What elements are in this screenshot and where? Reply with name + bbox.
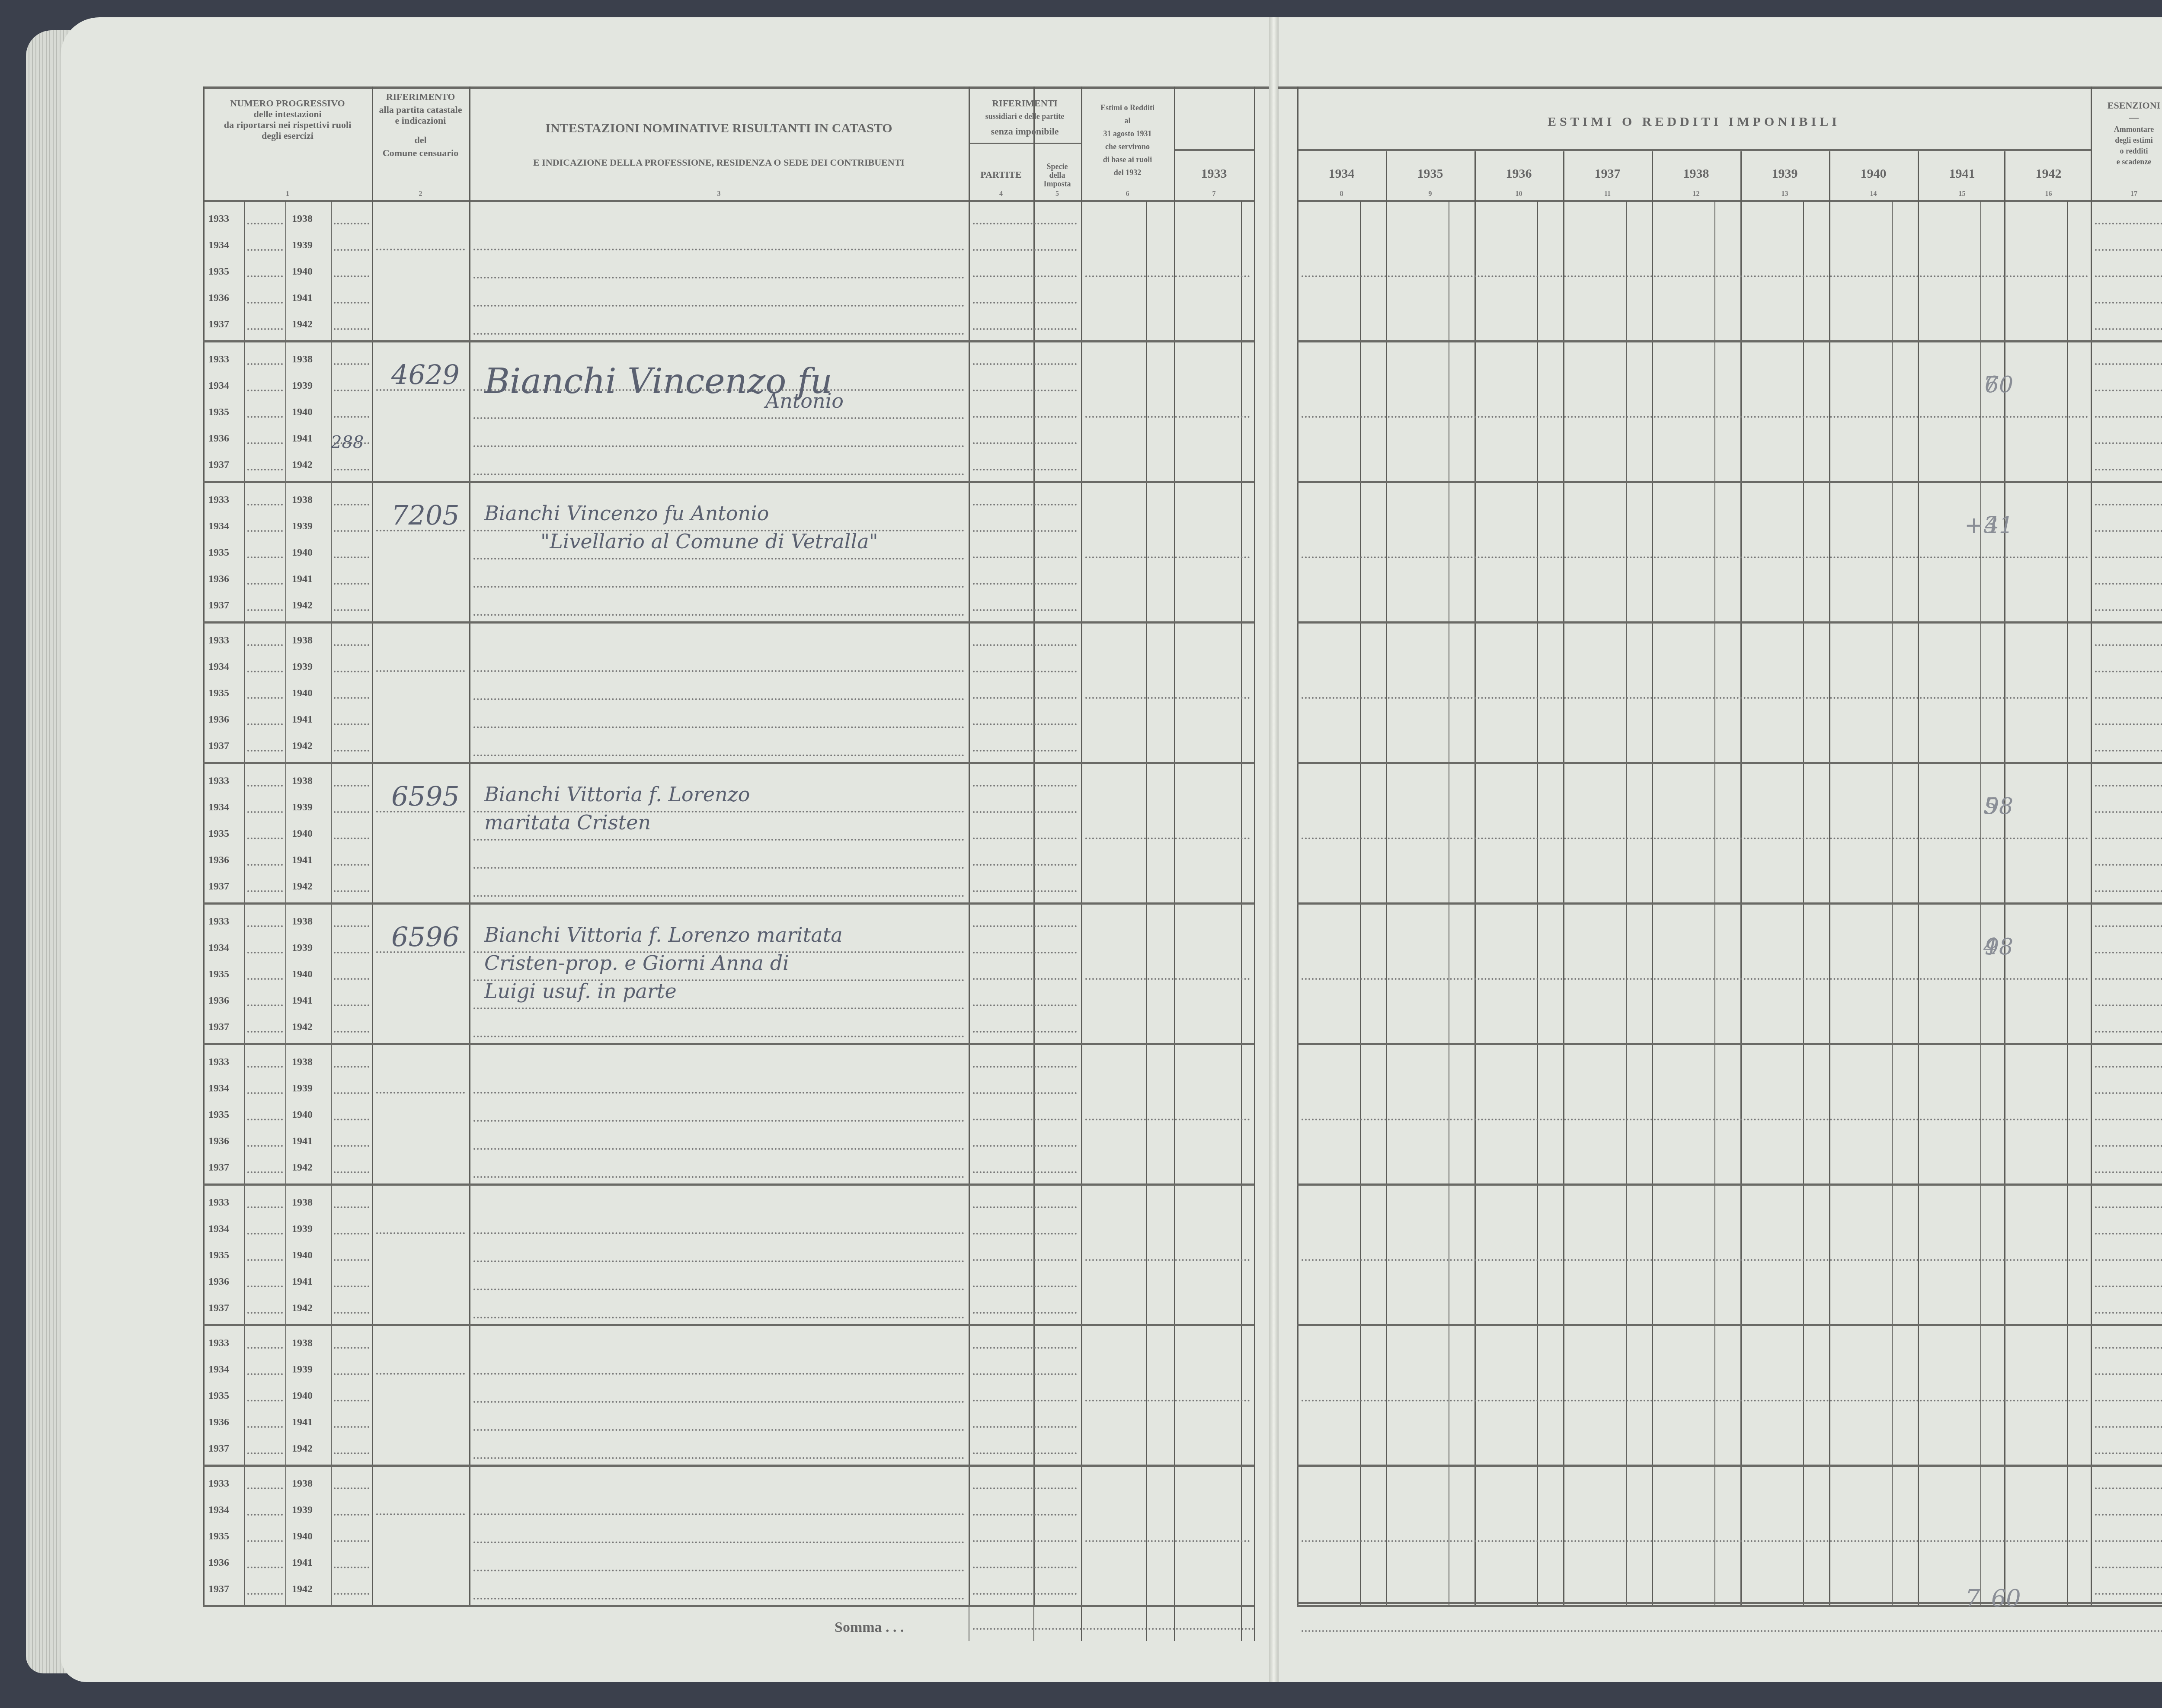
left-col-rule bbox=[203, 86, 205, 1606]
dotted-rule bbox=[247, 363, 283, 365]
dotted-rule bbox=[2095, 504, 2162, 505]
dotted-rule bbox=[973, 1206, 1077, 1208]
dotted-rule bbox=[247, 1171, 283, 1173]
col6-label-2: 31 agosto 1931 bbox=[1081, 128, 1174, 140]
dotted-rule bbox=[247, 785, 283, 787]
year-label: 1939 bbox=[292, 942, 313, 954]
name-dotted-rule bbox=[473, 1317, 964, 1318]
dotted-rule bbox=[247, 1426, 283, 1428]
year-label: 1941 bbox=[292, 854, 313, 866]
col1-sub-2: degli esercizi bbox=[203, 130, 372, 142]
dotted-rule bbox=[247, 1119, 283, 1120]
year-label: 1941 bbox=[292, 1557, 313, 1569]
year-label: 1935 bbox=[208, 1531, 229, 1542]
estimo-1941-cent: 60 bbox=[1985, 372, 2013, 398]
col17-sub-3: o redditi bbox=[2091, 145, 2162, 157]
dotted-rule bbox=[2095, 1259, 2162, 1261]
dotted-rule bbox=[247, 609, 283, 611]
left-page bbox=[61, 17, 1276, 1682]
year-col-num: 14 bbox=[1829, 190, 1918, 198]
col6-label-1: al bbox=[1081, 115, 1174, 127]
dotted-rule bbox=[334, 504, 369, 505]
name-dotted-rule bbox=[473, 726, 964, 728]
col7-divider bbox=[1174, 149, 1254, 151]
dotted-rule bbox=[334, 275, 369, 277]
year-label: 1938 bbox=[292, 1056, 313, 1068]
dotted-rule bbox=[247, 1373, 283, 1375]
year-label: 1942 bbox=[292, 1021, 313, 1033]
dotted-rule bbox=[334, 1373, 369, 1375]
year-label: 1942 bbox=[292, 459, 313, 471]
dotted-rule bbox=[247, 925, 283, 927]
dotted-rule bbox=[2095, 785, 2162, 787]
col45-sub-1: senza imponibile bbox=[969, 125, 1081, 138]
year-label: 1939 bbox=[292, 380, 313, 392]
dotted-rule bbox=[334, 1066, 369, 1068]
name-dotted-rule bbox=[473, 1092, 964, 1094]
partita-number: 6596 bbox=[391, 921, 460, 953]
year-label: 1934 bbox=[208, 1223, 229, 1235]
dotted-rule bbox=[973, 1373, 1077, 1375]
dotted-rule bbox=[247, 530, 283, 532]
dotted-rule bbox=[247, 1540, 283, 1542]
dotted-rule bbox=[973, 671, 1077, 672]
year-label: 1939 bbox=[292, 1083, 313, 1094]
dotted-rule bbox=[334, 1171, 369, 1173]
year-label: 1937 bbox=[208, 740, 229, 752]
dotted-rule bbox=[334, 557, 369, 558]
dotted-rule bbox=[2095, 1066, 2162, 1068]
somma-col-rule bbox=[1146, 1606, 1147, 1641]
dotted-rule bbox=[247, 1514, 283, 1516]
dotted-rule bbox=[2095, 1233, 2162, 1235]
name-dotted-rule bbox=[473, 1542, 964, 1543]
year-label: 1940 bbox=[292, 688, 313, 699]
dotted-rule bbox=[2095, 838, 2162, 839]
dotted-rule bbox=[973, 1514, 1077, 1516]
right-block-separator bbox=[1297, 1465, 2162, 1467]
year-label: 1936 bbox=[208, 573, 229, 585]
dotted-rule bbox=[247, 1487, 283, 1489]
year-label: 1935 bbox=[208, 688, 229, 699]
name-dotted-rule bbox=[473, 1120, 964, 1122]
dotted-rule bbox=[2095, 1540, 2162, 1542]
dotted-rule bbox=[973, 1452, 1077, 1454]
name-dotted-rule bbox=[473, 1598, 964, 1599]
year-label: 1936 bbox=[208, 433, 229, 445]
dotted-rule bbox=[247, 328, 283, 330]
contributor-name-line: Bianchi Vincenzo fu Antonio bbox=[484, 502, 769, 525]
year-label: 1936 bbox=[208, 292, 229, 304]
year-label: 1934 bbox=[208, 521, 229, 532]
dotted-rule bbox=[2095, 1119, 2162, 1120]
year-label: 1935 bbox=[208, 266, 229, 278]
year-label: 1933 bbox=[208, 635, 229, 646]
dotted-rule bbox=[2095, 1426, 2162, 1428]
year-label: 1933 bbox=[208, 1197, 229, 1209]
dotted-rule bbox=[334, 223, 369, 224]
dotted-rule bbox=[334, 1004, 369, 1006]
year-col-num: 10 bbox=[1474, 190, 1563, 198]
dotted-rule bbox=[247, 697, 283, 699]
somma-col-rule bbox=[1254, 1606, 1255, 1641]
dotted-rule bbox=[973, 504, 1077, 505]
dotted-rule bbox=[247, 275, 283, 277]
year-label: 1933 bbox=[208, 354, 229, 365]
year-label: 1939 bbox=[292, 1223, 313, 1235]
col1-num: 1 bbox=[203, 190, 372, 198]
dotted-rule bbox=[973, 469, 1077, 470]
dotted-rule bbox=[973, 785, 1077, 787]
partita-number: 4629 bbox=[391, 359, 460, 390]
year-label: 1933 bbox=[208, 213, 229, 225]
year-label: 1937 bbox=[208, 1162, 229, 1174]
name-dotted-rule bbox=[473, 1008, 964, 1009]
somma-col-rule bbox=[1174, 1606, 1175, 1641]
name-dotted-rule bbox=[473, 305, 964, 307]
year-header-1940: 1940 bbox=[1829, 166, 1918, 181]
partita-number: 6595 bbox=[391, 780, 460, 812]
year-label: 1938 bbox=[292, 775, 313, 787]
dotted-rule bbox=[973, 1540, 1077, 1542]
col7-year: 1933 bbox=[1174, 166, 1254, 181]
dotted-rule bbox=[973, 249, 1077, 251]
dotted-rule bbox=[334, 1119, 369, 1120]
year-label: 1936 bbox=[208, 1557, 229, 1569]
dotted-rule bbox=[247, 583, 283, 585]
somma-dotted-rule bbox=[973, 1628, 1254, 1630]
left-col-rule bbox=[969, 86, 970, 1606]
right-block-separator bbox=[1297, 340, 2162, 342]
right-col-rule bbox=[1563, 151, 1564, 1606]
dotted-rule bbox=[2095, 302, 2162, 304]
dotted-rule bbox=[973, 530, 1077, 532]
col5-label-0: Specie bbox=[1033, 162, 1081, 171]
dotted-rule bbox=[973, 302, 1077, 304]
year-label: 1937 bbox=[208, 1302, 229, 1314]
year-label: 1940 bbox=[292, 1109, 313, 1121]
year-label: 1936 bbox=[208, 995, 229, 1007]
name-dotted-rule bbox=[473, 1148, 964, 1150]
year-label: 1933 bbox=[208, 494, 229, 506]
right-block-separator bbox=[1297, 621, 2162, 624]
right-col-rule bbox=[1386, 151, 1387, 1606]
right-page bbox=[1278, 17, 2162, 1682]
dotted-rule bbox=[2095, 1004, 2162, 1006]
book-gutter bbox=[1269, 17, 1279, 1682]
dotted-rule bbox=[247, 1004, 283, 1006]
dotted-rule bbox=[2095, 1206, 2162, 1208]
year-label: 1939 bbox=[292, 240, 313, 251]
year-label: 1938 bbox=[292, 635, 313, 646]
dotted-rule bbox=[973, 223, 1077, 224]
name-dotted-rule bbox=[473, 1570, 964, 1571]
dotted-rule bbox=[2095, 697, 2162, 699]
col17-sub-2: degli estimi bbox=[2091, 134, 2162, 146]
estimo-1941-cent: 41 bbox=[1985, 512, 2013, 538]
col4-label: PARTITE bbox=[969, 169, 1033, 181]
dotted-rule bbox=[2095, 1312, 2162, 1314]
dotted-rule bbox=[247, 1312, 283, 1314]
name-dotted-rule bbox=[473, 839, 964, 841]
dotted-rule bbox=[973, 1066, 1077, 1068]
dotted-rule bbox=[247, 1206, 283, 1208]
name-dotted-rule bbox=[473, 1289, 964, 1290]
dotted-rule bbox=[973, 1119, 1077, 1120]
somma-col-rule bbox=[1241, 1606, 1242, 1641]
value-dotted-rule bbox=[1085, 1119, 1250, 1120]
dotted-rule bbox=[334, 583, 369, 585]
dotted-rule bbox=[2095, 328, 2162, 330]
contributor-name-line: Cristen-prop. e Giorni Anna di bbox=[484, 951, 789, 975]
col1-title: NUMERO PROGRESSIVO bbox=[203, 97, 372, 109]
value-dotted-rule bbox=[1085, 275, 1250, 277]
dotted-rule bbox=[247, 864, 283, 866]
contributor-name-line: maritata Cristen bbox=[484, 811, 651, 834]
year-label: 1939 bbox=[292, 802, 313, 813]
dotted-rule bbox=[2095, 1400, 2162, 1401]
dotted-rule bbox=[247, 416, 283, 418]
year-label: 1941 bbox=[292, 1135, 313, 1147]
dotted-rule bbox=[2095, 1286, 2162, 1287]
somma-1941-int: 7 bbox=[1965, 1585, 1980, 1612]
dotted-rule bbox=[973, 1259, 1077, 1261]
year-label: 1941 bbox=[292, 714, 313, 726]
year-label: 1941 bbox=[292, 292, 313, 304]
dotted-rule bbox=[973, 390, 1077, 391]
dotted-rule bbox=[973, 1145, 1077, 1147]
col1-sub-0: delle intestazioni bbox=[203, 108, 372, 120]
dotted-rule bbox=[2095, 750, 2162, 752]
name-dotted-rule bbox=[473, 1232, 964, 1234]
value-dotted-rule bbox=[1302, 838, 2088, 839]
dotted-rule bbox=[334, 1426, 369, 1428]
dotted-rule bbox=[973, 750, 1077, 752]
year-label: 1934 bbox=[208, 1083, 229, 1094]
dotted-rule bbox=[973, 697, 1077, 699]
dotted-rule bbox=[973, 275, 1077, 277]
col2-sub-1: e indicazioni bbox=[372, 115, 469, 127]
left-col-rule bbox=[469, 86, 470, 1606]
dotted-rule bbox=[247, 723, 283, 725]
dotted-rule bbox=[247, 952, 283, 953]
col2-sub-3: Comune censuario bbox=[372, 147, 469, 159]
value-dotted-rule bbox=[1085, 838, 1250, 839]
col5-label-1: della bbox=[1033, 171, 1081, 179]
col4-num: 4 bbox=[969, 190, 1033, 198]
dotted-rule bbox=[247, 469, 283, 470]
right-col-rule bbox=[1652, 151, 1653, 1606]
dotted-rule bbox=[334, 1092, 369, 1094]
partita-dotted-rule bbox=[376, 1092, 465, 1094]
dotted-rule bbox=[973, 890, 1077, 892]
dotted-rule bbox=[334, 1347, 369, 1349]
dotted-rule bbox=[247, 838, 283, 839]
year-label: 1937 bbox=[208, 600, 229, 611]
year-header-1942: 1942 bbox=[2004, 166, 2093, 181]
year-label: 1941 bbox=[292, 1276, 313, 1288]
year-label: 1935 bbox=[208, 547, 229, 559]
col6-label-0: Estimi o Redditi bbox=[1081, 102, 1174, 114]
left-header-bottom bbox=[203, 200, 1254, 202]
left-block-separator bbox=[203, 1324, 1254, 1326]
dotted-rule bbox=[334, 249, 369, 251]
dotted-rule bbox=[334, 978, 369, 980]
left-block-separator bbox=[203, 902, 1254, 905]
dotted-rule bbox=[334, 1233, 369, 1235]
year-header-1937: 1937 bbox=[1563, 166, 1652, 181]
dotted-rule bbox=[247, 750, 283, 752]
dotted-rule bbox=[334, 838, 369, 839]
dotted-rule bbox=[334, 302, 369, 304]
dotted-rule bbox=[2095, 952, 2162, 953]
partita-number: 7205 bbox=[391, 499, 460, 531]
col2-num: 2 bbox=[372, 190, 469, 198]
col6-num: 6 bbox=[1081, 190, 1174, 198]
value-dotted-rule bbox=[1302, 978, 2088, 980]
year-label: 1934 bbox=[208, 942, 229, 954]
contributor-name-line: Luigi usuf. in parte bbox=[484, 979, 677, 1003]
dotted-rule bbox=[2095, 1145, 2162, 1147]
year-col-num: 15 bbox=[1918, 190, 2006, 198]
dotted-rule bbox=[334, 811, 369, 813]
year-label: 1934 bbox=[208, 380, 229, 392]
year-label: 1941 bbox=[292, 1417, 313, 1428]
dotted-rule bbox=[973, 416, 1077, 418]
col17-sub-1: Ammontare bbox=[2091, 123, 2162, 135]
value-dotted-rule bbox=[1302, 1259, 2088, 1261]
year-label: 1938 bbox=[292, 1478, 313, 1490]
dotted-rule bbox=[334, 723, 369, 725]
left-block-separator bbox=[203, 762, 1254, 764]
year-header-1936: 1936 bbox=[1474, 166, 1563, 181]
col45-sub-0: sussidiari e delle partite bbox=[969, 110, 1081, 122]
right-block-separator bbox=[1297, 762, 2162, 764]
year-label: 1936 bbox=[208, 1417, 229, 1428]
year-label: 1940 bbox=[292, 547, 313, 559]
partita-dotted-rule bbox=[376, 249, 465, 250]
year-label: 1935 bbox=[208, 1250, 229, 1261]
name-dotted-rule bbox=[473, 333, 964, 335]
dotted-rule bbox=[973, 1400, 1077, 1401]
dotted-rule bbox=[334, 1567, 369, 1568]
value-dotted-rule bbox=[1302, 557, 2088, 558]
dotted-rule bbox=[2095, 275, 2162, 277]
somma-top-rule bbox=[1297, 1602, 2162, 1604]
col6-label-3: che servirono bbox=[1081, 141, 1174, 153]
year-header-1938: 1938 bbox=[1652, 166, 1740, 181]
year-label: 1937 bbox=[208, 319, 229, 330]
dotted-rule bbox=[247, 249, 283, 251]
dotted-rule bbox=[247, 1347, 283, 1349]
year-label: 1940 bbox=[292, 266, 313, 278]
name-dotted-rule bbox=[473, 698, 964, 700]
dotted-rule bbox=[247, 1593, 283, 1595]
year-label: 1936 bbox=[208, 714, 229, 726]
dotted-rule bbox=[2095, 609, 2162, 611]
year-label: 1940 bbox=[292, 1390, 313, 1402]
right-col-rule bbox=[1474, 151, 1476, 1606]
year-label: 1942 bbox=[292, 881, 313, 892]
value-dotted-rule bbox=[1302, 1119, 2088, 1120]
somma-col-rule bbox=[1081, 1606, 1082, 1641]
left-block-separator bbox=[203, 1465, 1254, 1467]
dotted-rule bbox=[2095, 1347, 2162, 1349]
dotted-rule bbox=[334, 1031, 369, 1033]
dotted-rule bbox=[334, 1540, 369, 1542]
right-col-rule bbox=[2091, 86, 2092, 1606]
name-dotted-rule bbox=[473, 1036, 964, 1037]
year-label: 1935 bbox=[208, 828, 229, 840]
year-header-1935: 1935 bbox=[1386, 166, 1474, 181]
value-dotted-rule bbox=[1085, 1259, 1250, 1261]
dotted-rule bbox=[973, 925, 1077, 927]
year-label: 1933 bbox=[208, 775, 229, 787]
name-dotted-rule bbox=[473, 895, 964, 897]
name-dotted-rule bbox=[473, 473, 964, 475]
left-block-separator bbox=[203, 1043, 1254, 1045]
left-block-separator bbox=[203, 621, 1254, 624]
dotted-rule bbox=[973, 838, 1077, 839]
contributor-name-line: "Livellario al Comune di Vetralla" bbox=[540, 530, 878, 553]
dotted-rule bbox=[2095, 1092, 2162, 1094]
dotted-rule bbox=[247, 1233, 283, 1235]
dotted-rule bbox=[334, 1206, 369, 1208]
dotted-rule bbox=[973, 1004, 1077, 1006]
name-dotted-rule bbox=[473, 586, 964, 588]
dotted-rule bbox=[247, 223, 283, 224]
year-label: 1937 bbox=[208, 459, 229, 471]
dotted-rule bbox=[973, 952, 1077, 953]
year-label: 1939 bbox=[292, 661, 313, 673]
year-label: 1937 bbox=[208, 1583, 229, 1595]
year-col-num: 11 bbox=[1563, 190, 1652, 198]
partita-dotted-rule bbox=[376, 1373, 465, 1375]
left-col-rule bbox=[1033, 86, 1035, 1606]
col17-sub-4: e scadenze bbox=[2091, 156, 2162, 168]
name-dotted-rule bbox=[473, 417, 964, 419]
left-block-separator bbox=[203, 1605, 1254, 1607]
dotted-rule bbox=[247, 978, 283, 980]
year-col-num: 13 bbox=[1740, 190, 1829, 198]
name-dotted-rule bbox=[473, 867, 964, 869]
col1-note: 288 bbox=[331, 432, 364, 452]
col2-title: RIFERIMENTO bbox=[372, 91, 469, 103]
dotted-rule bbox=[973, 1593, 1077, 1595]
dotted-rule bbox=[247, 644, 283, 646]
dotted-rule bbox=[334, 864, 369, 866]
dotted-rule bbox=[2095, 723, 2162, 725]
dotted-rule bbox=[247, 557, 283, 558]
dotted-rule bbox=[334, 1259, 369, 1261]
value-dotted-rule bbox=[1302, 697, 2088, 699]
dotted-rule bbox=[247, 1066, 283, 1068]
value-dotted-rule bbox=[1085, 1400, 1250, 1401]
right-block-separator bbox=[1297, 1043, 2162, 1045]
dotted-rule bbox=[973, 1233, 1077, 1235]
dotted-rule bbox=[973, 328, 1077, 330]
year-label: 1934 bbox=[208, 661, 229, 673]
dotted-rule bbox=[973, 1171, 1077, 1173]
year-label: 1934 bbox=[208, 1504, 229, 1516]
dotted-rule bbox=[247, 1259, 283, 1261]
dotted-rule bbox=[334, 1400, 369, 1401]
dotted-rule bbox=[247, 504, 283, 505]
estimo-1941-cent: 98 bbox=[1985, 934, 2013, 960]
value-dotted-rule bbox=[1302, 1540, 2088, 1542]
right-col-rule bbox=[1297, 86, 1298, 1606]
year-label: 1939 bbox=[292, 1504, 313, 1516]
